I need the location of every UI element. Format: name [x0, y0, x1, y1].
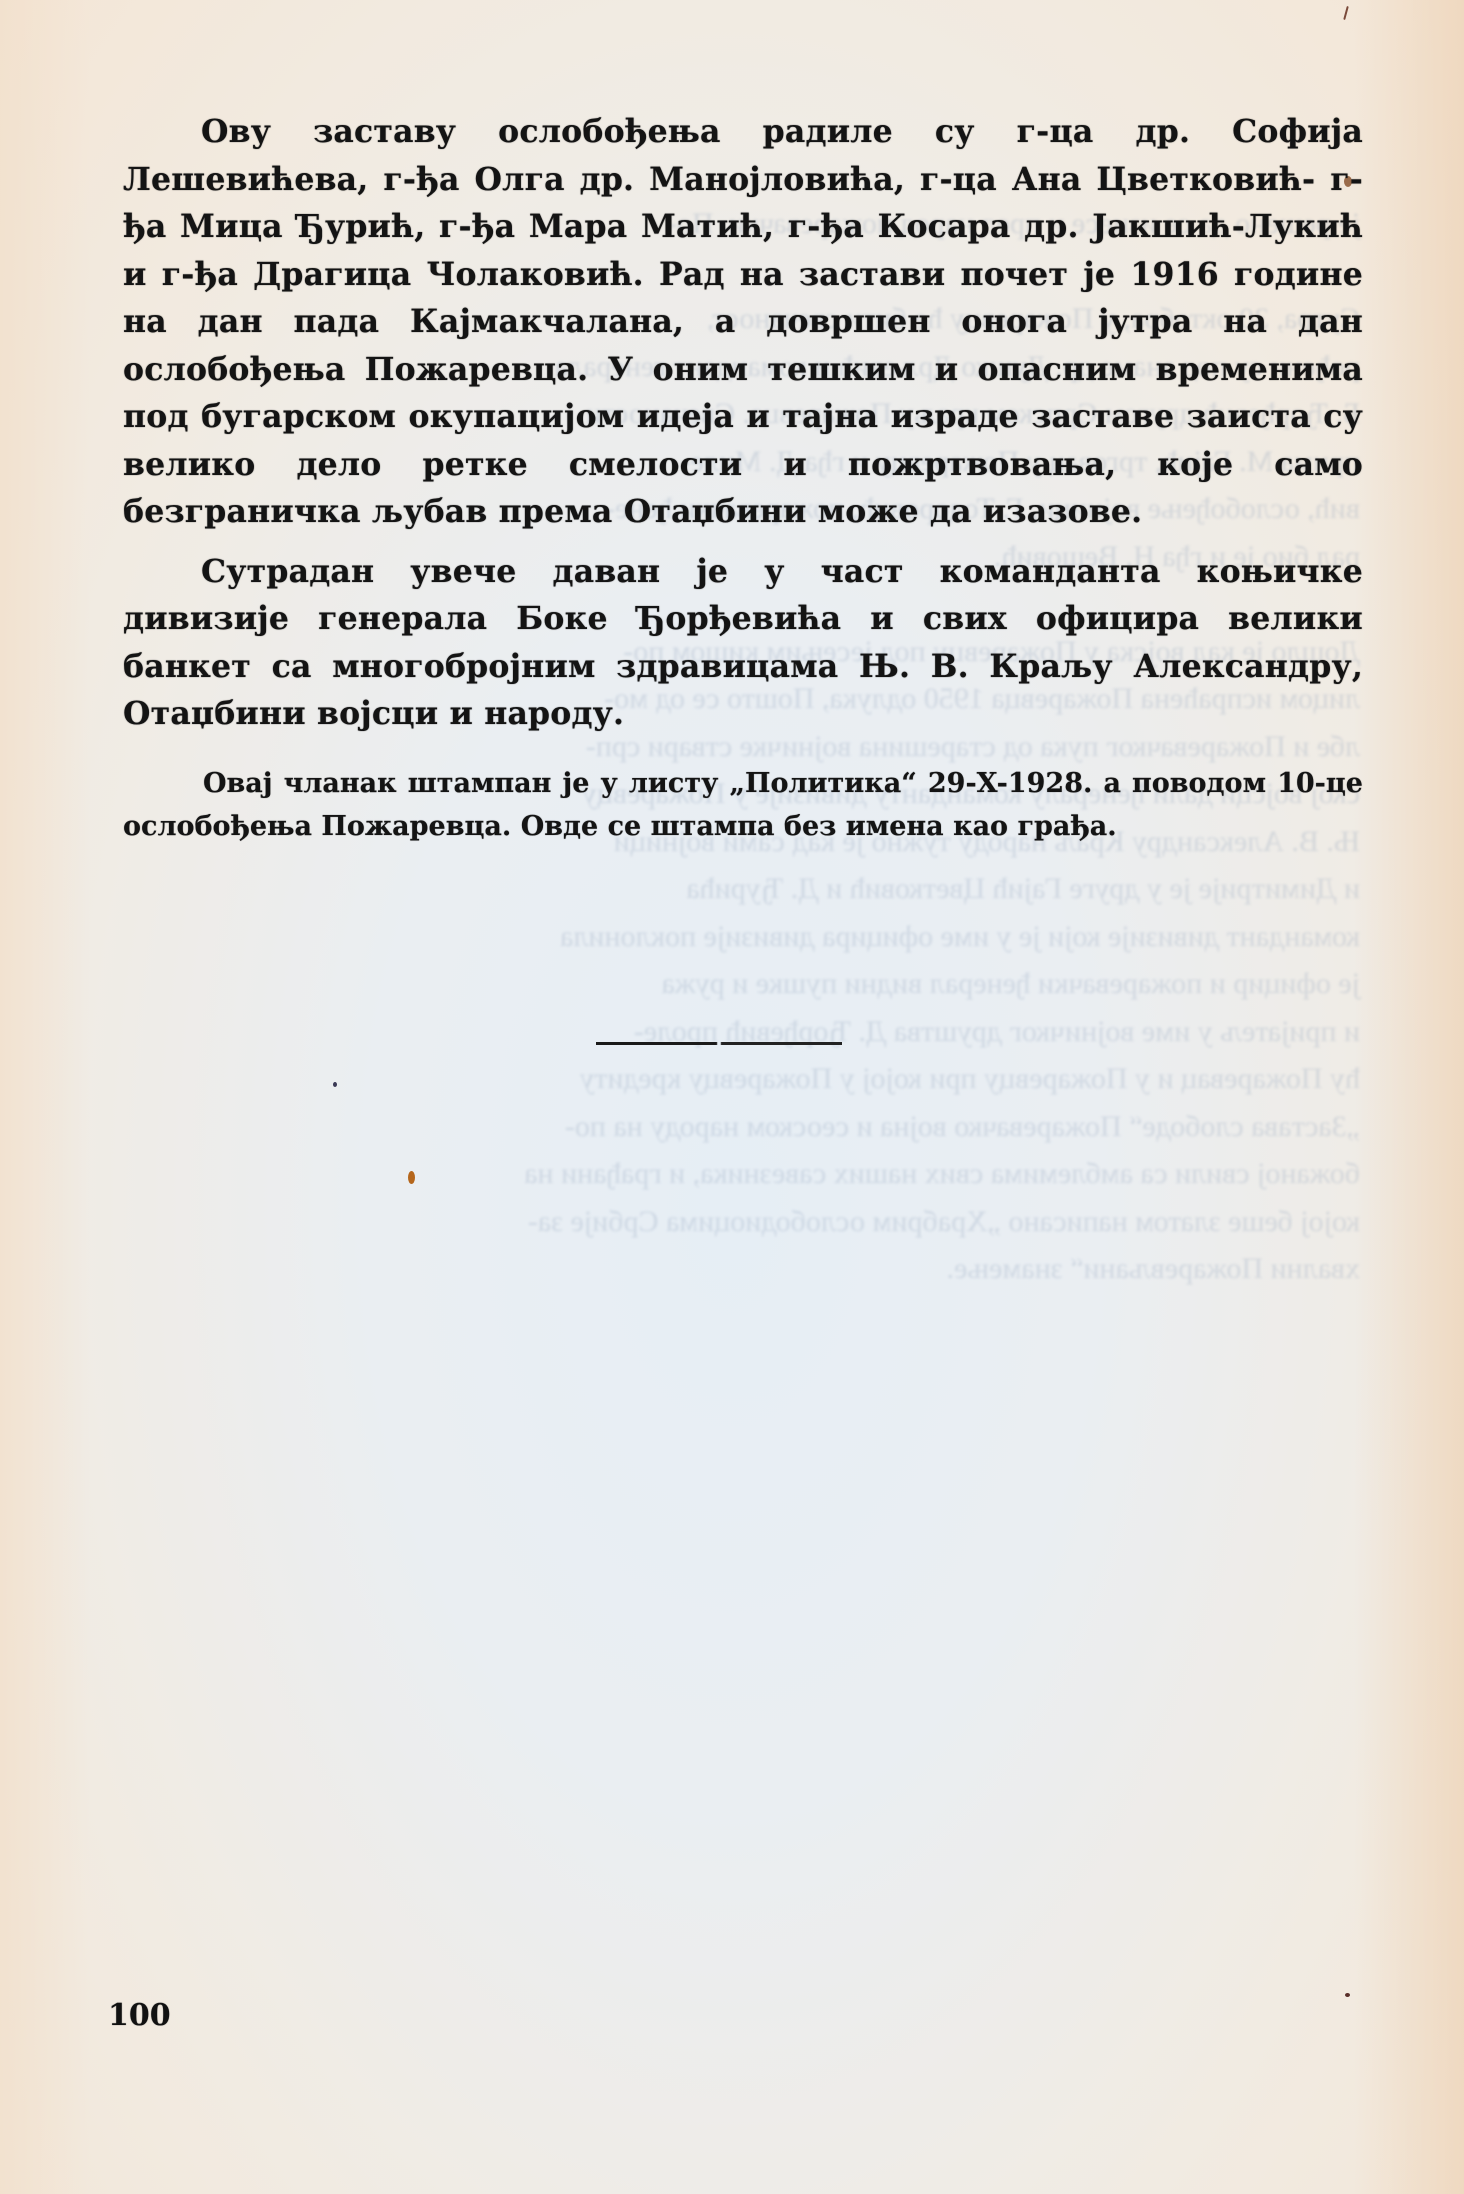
- paper-edge-shading-right: [1354, 0, 1464, 2194]
- bleed-through-line: божаној свили са амблемима свих наших са…: [100, 1150, 1360, 1198]
- paper-speck: [1345, 1993, 1350, 1997]
- page-number: 100: [108, 1998, 171, 2033]
- bleed-through-line: „Застава слободе“ Пожаревачко војна и се…: [100, 1103, 1360, 1151]
- bleed-through-line: и Димитрије је у друге Гајић Цветковић и…: [100, 865, 1360, 913]
- paper-edge-shading-left: [0, 0, 90, 2194]
- body-paragraph-flag-makers: Ову заставу ослобођења радиле су г-ца др…: [123, 108, 1363, 536]
- body-paragraph-banquet: Сутрадан увече даван је у част командант…: [123, 548, 1363, 738]
- page-body: Ову заставу ослобођења радиле су г-ца др…: [123, 108, 1363, 848]
- paper-stain: [408, 1171, 415, 1184]
- bleed-through-line: хвални Пожаревљани“ знамење.: [100, 1245, 1360, 1293]
- section-divider: [596, 1042, 842, 1045]
- paper-speck: [1343, 6, 1349, 20]
- bleed-through-line: командант дивизије који је у име официра…: [100, 913, 1360, 961]
- bleed-through-line: којој беше златом написано „Храбрим осло…: [100, 1198, 1360, 1246]
- bleed-through-line: ћу Пожаревац и у Пожаревцу при којој у П…: [100, 1055, 1360, 1103]
- bleed-through-line: и пријатељ у име војничког друштва Д. Ђо…: [100, 1008, 1360, 1056]
- source-note: Овај чланак штампан је у листу „Политика…: [123, 762, 1363, 848]
- bleed-through-line: је официр и пожаревачки ђенерал видни пу…: [100, 960, 1360, 1008]
- paper-speck: [333, 1082, 337, 1087]
